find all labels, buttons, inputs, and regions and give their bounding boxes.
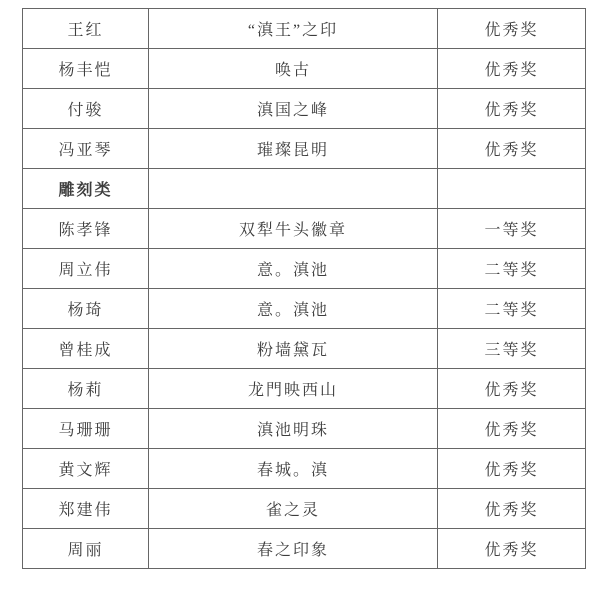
table-row: 杨莉 龙門映西山 优秀奖 bbox=[23, 369, 586, 409]
work-cell: 龙門映西山 bbox=[149, 369, 438, 409]
name-cell: 杨丰恺 bbox=[23, 49, 149, 89]
awards-table-container: 王红 “滇王”之印 优秀奖 杨丰恺 唤古 优秀奖 付骏 滇国之峰 优秀奖 冯亚琴… bbox=[22, 8, 586, 569]
work-cell: 雀之灵 bbox=[149, 489, 438, 529]
award-cell: 一等奖 bbox=[438, 209, 586, 249]
work-cell: 滇国之峰 bbox=[149, 89, 438, 129]
award-cell: 优秀奖 bbox=[438, 489, 586, 529]
name-cell: 王红 bbox=[23, 9, 149, 49]
award-cell: 三等奖 bbox=[438, 329, 586, 369]
work-cell: 璀璨昆明 bbox=[149, 129, 438, 169]
award-cell: 优秀奖 bbox=[438, 449, 586, 489]
work-cell: 唤古 bbox=[149, 49, 438, 89]
work-cell bbox=[149, 169, 438, 209]
name-cell: 郑建伟 bbox=[23, 489, 149, 529]
work-cell: 意。滇池 bbox=[149, 249, 438, 289]
table-row: 杨丰恺 唤古 优秀奖 bbox=[23, 49, 586, 89]
awards-table-body: 王红 “滇王”之印 优秀奖 杨丰恺 唤古 优秀奖 付骏 滇国之峰 优秀奖 冯亚琴… bbox=[23, 9, 586, 569]
table-row: 王红 “滇王”之印 优秀奖 bbox=[23, 9, 586, 49]
awards-table: 王红 “滇王”之印 优秀奖 杨丰恺 唤古 优秀奖 付骏 滇国之峰 优秀奖 冯亚琴… bbox=[22, 8, 586, 569]
award-cell: 优秀奖 bbox=[438, 369, 586, 409]
table-row: 曾桂成 粉墙黛瓦 三等奖 bbox=[23, 329, 586, 369]
award-cell: 优秀奖 bbox=[438, 89, 586, 129]
table-row: 付骏 滇国之峰 优秀奖 bbox=[23, 89, 586, 129]
name-cell: 周立伟 bbox=[23, 249, 149, 289]
table-row: 陈孝锋 双犁牛头徽章 一等奖 bbox=[23, 209, 586, 249]
table-row: 周丽 春之印象 优秀奖 bbox=[23, 529, 586, 569]
work-cell: 双犁牛头徽章 bbox=[149, 209, 438, 249]
work-cell: 意。滇池 bbox=[149, 289, 438, 329]
name-cell: 付骏 bbox=[23, 89, 149, 129]
work-cell: “滇王”之印 bbox=[149, 9, 438, 49]
name-cell: 杨琦 bbox=[23, 289, 149, 329]
table-row: 马珊珊 滇池明珠 优秀奖 bbox=[23, 409, 586, 449]
work-cell: 春城。滇 bbox=[149, 449, 438, 489]
award-cell bbox=[438, 169, 586, 209]
award-cell: 优秀奖 bbox=[438, 9, 586, 49]
name-cell: 雕刻类 bbox=[23, 169, 149, 209]
work-cell: 春之印象 bbox=[149, 529, 438, 569]
work-cell: 粉墙黛瓦 bbox=[149, 329, 438, 369]
table-row: 冯亚琴 璀璨昆明 优秀奖 bbox=[23, 129, 586, 169]
name-cell: 马珊珊 bbox=[23, 409, 149, 449]
table-row: 杨琦 意。滇池 二等奖 bbox=[23, 289, 586, 329]
name-cell: 陈孝锋 bbox=[23, 209, 149, 249]
table-row: 周立伟 意。滇池 二等奖 bbox=[23, 249, 586, 289]
name-cell: 杨莉 bbox=[23, 369, 149, 409]
award-cell: 优秀奖 bbox=[438, 49, 586, 89]
table-row: 郑建伟 雀之灵 优秀奖 bbox=[23, 489, 586, 529]
name-cell: 黄文辉 bbox=[23, 449, 149, 489]
table-row: 雕刻类 bbox=[23, 169, 586, 209]
work-cell: 滇池明珠 bbox=[149, 409, 438, 449]
award-cell: 二等奖 bbox=[438, 249, 586, 289]
document-page: 王红 “滇王”之印 优秀奖 杨丰恺 唤古 优秀奖 付骏 滇国之峰 优秀奖 冯亚琴… bbox=[0, 0, 608, 591]
award-cell: 优秀奖 bbox=[438, 529, 586, 569]
table-row: 黄文辉 春城。滇 优秀奖 bbox=[23, 449, 586, 489]
name-cell: 冯亚琴 bbox=[23, 129, 149, 169]
award-cell: 优秀奖 bbox=[438, 129, 586, 169]
name-cell: 曾桂成 bbox=[23, 329, 149, 369]
award-cell: 优秀奖 bbox=[438, 409, 586, 449]
name-cell: 周丽 bbox=[23, 529, 149, 569]
award-cell: 二等奖 bbox=[438, 289, 586, 329]
